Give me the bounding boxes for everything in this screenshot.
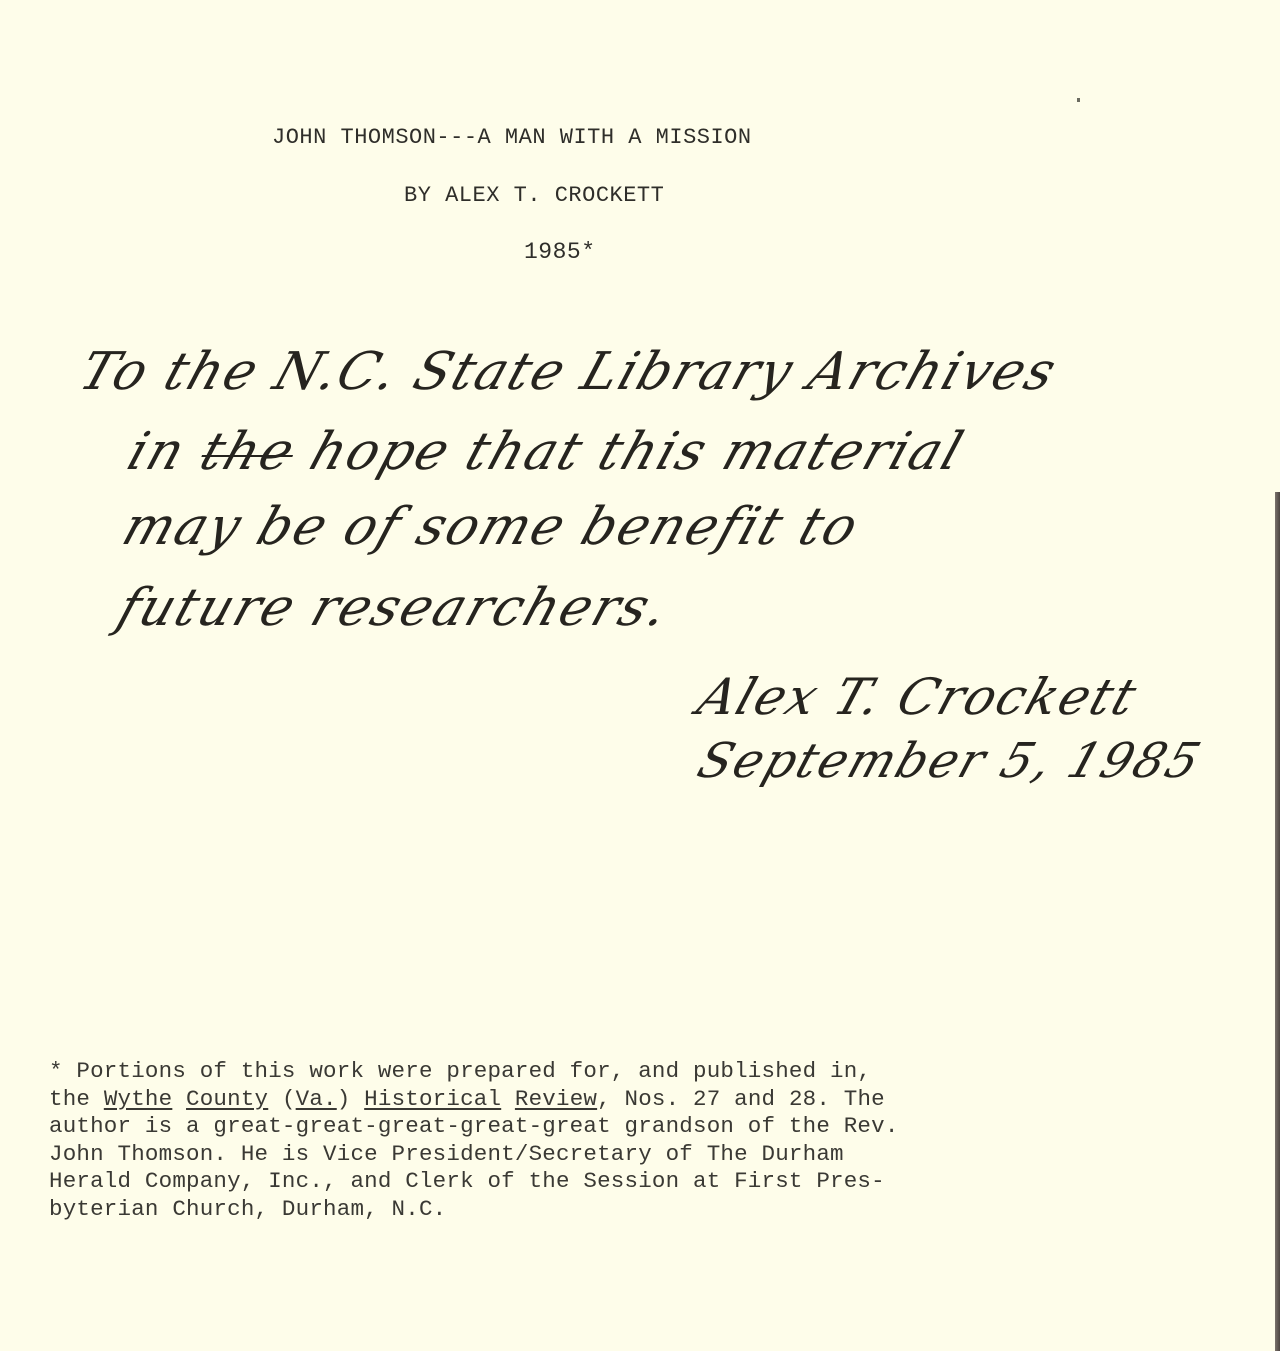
inscription-line-3: may be of some benefit to: [115, 497, 867, 557]
inscription-line-1: To the N.C. State Library Archives: [72, 342, 1065, 402]
publication-title-word: Va.: [296, 1086, 337, 1112]
page-edge-shadow: [1275, 492, 1280, 1351]
footnote-text: [172, 1086, 186, 1112]
inscription-date: September 5, 1985: [691, 733, 1209, 789]
footnote-text: ): [337, 1086, 364, 1112]
footnote-text: the: [49, 1086, 104, 1112]
publication-title-word: County: [186, 1086, 268, 1112]
inscription-struck-word: the: [193, 422, 304, 482]
document-page: JOHN THOMSON---A MAN WITH A MISSION BY A…: [0, 0, 1280, 1351]
inscription-line-2: in the hope that this material: [120, 422, 971, 482]
footnote-line-5: Herald Company, Inc., and Clerk of the S…: [49, 1168, 899, 1196]
footnote-line-4: John Thomson. He is Vice President/Secre…: [49, 1141, 899, 1169]
footnote-text: [501, 1086, 515, 1112]
document-title: JOHN THOMSON---A MAN WITH A MISSION: [272, 125, 752, 150]
publication-title-word: Wythe: [104, 1086, 173, 1112]
footnote-text: , Nos. 27 and 28. The: [597, 1086, 885, 1112]
publication-title-word: Historical: [364, 1086, 501, 1112]
inscription-line-4: future researchers.: [110, 578, 677, 638]
document-byline: BY ALEX T. CROCKETT: [404, 183, 664, 208]
document-year: 1985*: [524, 239, 596, 265]
footnote-text: (: [268, 1086, 295, 1112]
footnote: * Portions of this work were prepared fo…: [49, 1058, 899, 1223]
footnote-line-1: * Portions of this work were prepared fo…: [49, 1058, 899, 1086]
publication-title-word: Review: [515, 1086, 597, 1112]
author-signature: Alex T. Crockett: [691, 668, 1146, 726]
paper-speck: [1077, 98, 1080, 102]
footnote-line-6: byterian Church, Durham, N.C.: [49, 1196, 899, 1224]
footnote-line-2: the Wythe County (Va.) Historical Review…: [49, 1086, 899, 1114]
inscription-line-2-after: hope that this material: [284, 422, 972, 482]
footnote-line-3: author is a great-great-great-great-grea…: [49, 1113, 899, 1141]
